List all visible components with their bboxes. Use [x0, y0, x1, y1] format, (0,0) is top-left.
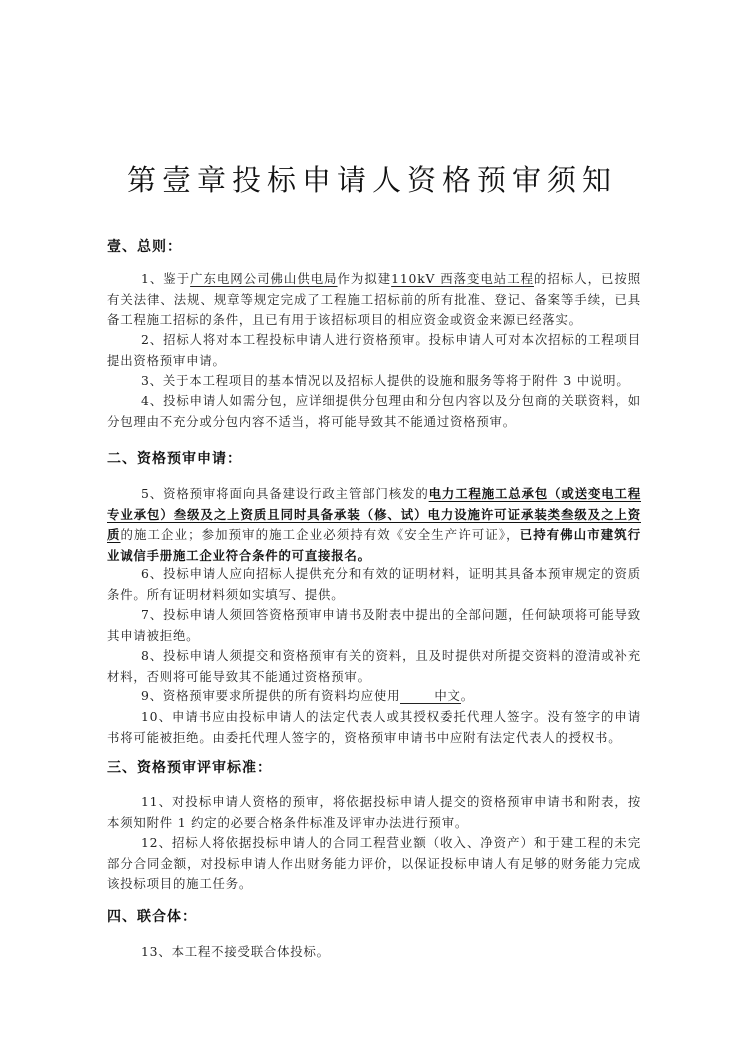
clause-3: 3、关于本工程项目的基本情况以及招标人提供的设施和服务等将于附件 3 中说明。 — [107, 371, 641, 392]
clause-12: 12、招标人将依据投标申请人的合同工程营业额（收入、净资产）和于建工程的未完部分… — [107, 833, 641, 895]
clause-number: 1、 — [141, 271, 163, 286]
clause-number: 2、 — [141, 332, 163, 347]
section-heading-criteria: 三、资格预审评审标准： — [107, 757, 272, 777]
language-blank: 中文 — [400, 689, 460, 704]
clause-number: 11、 — [141, 794, 172, 809]
clause-text: 资格预审将面向具备建设行政主管部门核发的 — [163, 486, 429, 501]
clause-text: 投标申请人应向招标人提供充分和有效的证明材料，证明其具备本预审规定的资质条件。所… — [107, 566, 641, 602]
clause-8: 8、投标申请人须提交和资格预审有关的资料，且及时提供对所提交资料的澄清或补充材料… — [107, 646, 641, 687]
clause-text: 招标人将对本工程投标申请人进行资格预审。投标申请人可对本次招标的工程项目提出资格… — [107, 332, 641, 368]
clause-9: 9、资格预审要求所提供的所有资料均应使用中文。 — [107, 686, 641, 707]
clause-number: 10、 — [141, 709, 172, 724]
clause-text: 资格预审要求所提供的所有资料均应使用 — [163, 688, 400, 703]
clause-text: 的施工企业；参加预审的施工企业必须持有效《安全生产许可证》， — [121, 527, 520, 542]
clause-text: 投标申请人如需分包，应详细提供分包理由和分包内容以及分包商的关联资料，如分包理由… — [107, 393, 641, 429]
section-heading-consortium: 四、联合体： — [107, 906, 197, 926]
page-title: 第壹章投标申请人资格预审须知 — [0, 158, 744, 199]
clause-2: 2、招标人将对本工程投标申请人进行资格预审。投标申请人可对本次招标的工程项目提出… — [107, 330, 641, 371]
section-heading-general: 壹、总则： — [107, 236, 182, 256]
clause-number: 9、 — [141, 688, 163, 703]
clause-text: 投标申请人须提交和资格预审有关的资料，且及时提供对所提交资料的澄清或补充材料，否… — [107, 648, 641, 684]
clause-number: 8、 — [141, 648, 163, 663]
clause-text: 本工程不接受联合体投标。 — [172, 944, 330, 959]
clause-text: 申请书应由投标申请人的法定代表人或其授权委托代理人签字。没有签字的申请书将可能被… — [107, 709, 641, 745]
clause-number: 3、 — [141, 373, 163, 388]
clause-text: 对投标申请人资格的预审，将依据投标申请人提交的资格预审申请书和附表，按本须知附件… — [107, 794, 641, 830]
clause-7: 7、投标申请人须回答资格预审申请书及附表中提出的全部问题，任何缺项将可能导致其申… — [107, 605, 641, 646]
clause-13: 13、本工程不接受联合体投标。 — [107, 942, 641, 963]
section-heading-application: 二、资格预审申请： — [107, 448, 242, 468]
clause-number: 5、 — [141, 486, 163, 501]
clause-text: 投标申请人须回答资格预审申请书及附表中提出的全部问题，任何缺项将可能导致其申请被… — [107, 607, 641, 643]
clause-text: 招标人将依据投标申请人的合同工程营业额（收入、净资产）和于建工程的未完部分合同金… — [107, 835, 641, 891]
clause-text: 关于本工程项目的基本情况以及招标人提供的设施和服务等将于附件 3 中说明。 — [163, 373, 630, 388]
tenderer-org: 广东电网公司佛山供电局 — [190, 271, 337, 286]
clause-6: 6、投标申请人应向招标人提供充分和有效的证明材料，证明其具备本预审规定的资质条件… — [107, 564, 641, 605]
clause-4: 4、投标申请人如需分包，应详细提供分包理由和分包内容以及分包商的关联资料，如分包… — [107, 391, 641, 432]
clause-text: 作为拟建 — [338, 271, 392, 286]
clause-number: 7、 — [141, 607, 163, 622]
clause-11: 11、对投标申请人资格的预审，将依据投标申请人提交的资格预审申请书和附表，按本须… — [107, 792, 641, 833]
clause-text: 。 — [461, 688, 474, 703]
clause-number: 13、 — [141, 944, 172, 959]
clause-1: 1、鉴于广东电网公司佛山供电局作为拟建110kV 西落变电站工程的招标人，已按照… — [107, 269, 641, 331]
clause-number: 6、 — [141, 566, 163, 581]
document-page: 第壹章投标申请人资格预审须知 壹、总则： 1、鉴于广东电网公司佛山供电局作为拟建… — [0, 0, 744, 1052]
clause-number: 12、 — [141, 835, 172, 850]
clause-text: 鉴于 — [163, 271, 190, 286]
clause-5: 5、资格预审将面向具备建设行政主管部门核发的电力工程施工总承包（或送变电工程专业… — [107, 484, 641, 566]
project-name: 110kV 西落变电站工程 — [391, 271, 534, 286]
clause-10: 10、申请书应由投标申请人的法定代表人或其授权委托代理人签字。没有签字的申请书将… — [107, 707, 641, 748]
clause-number: 4、 — [141, 393, 163, 408]
